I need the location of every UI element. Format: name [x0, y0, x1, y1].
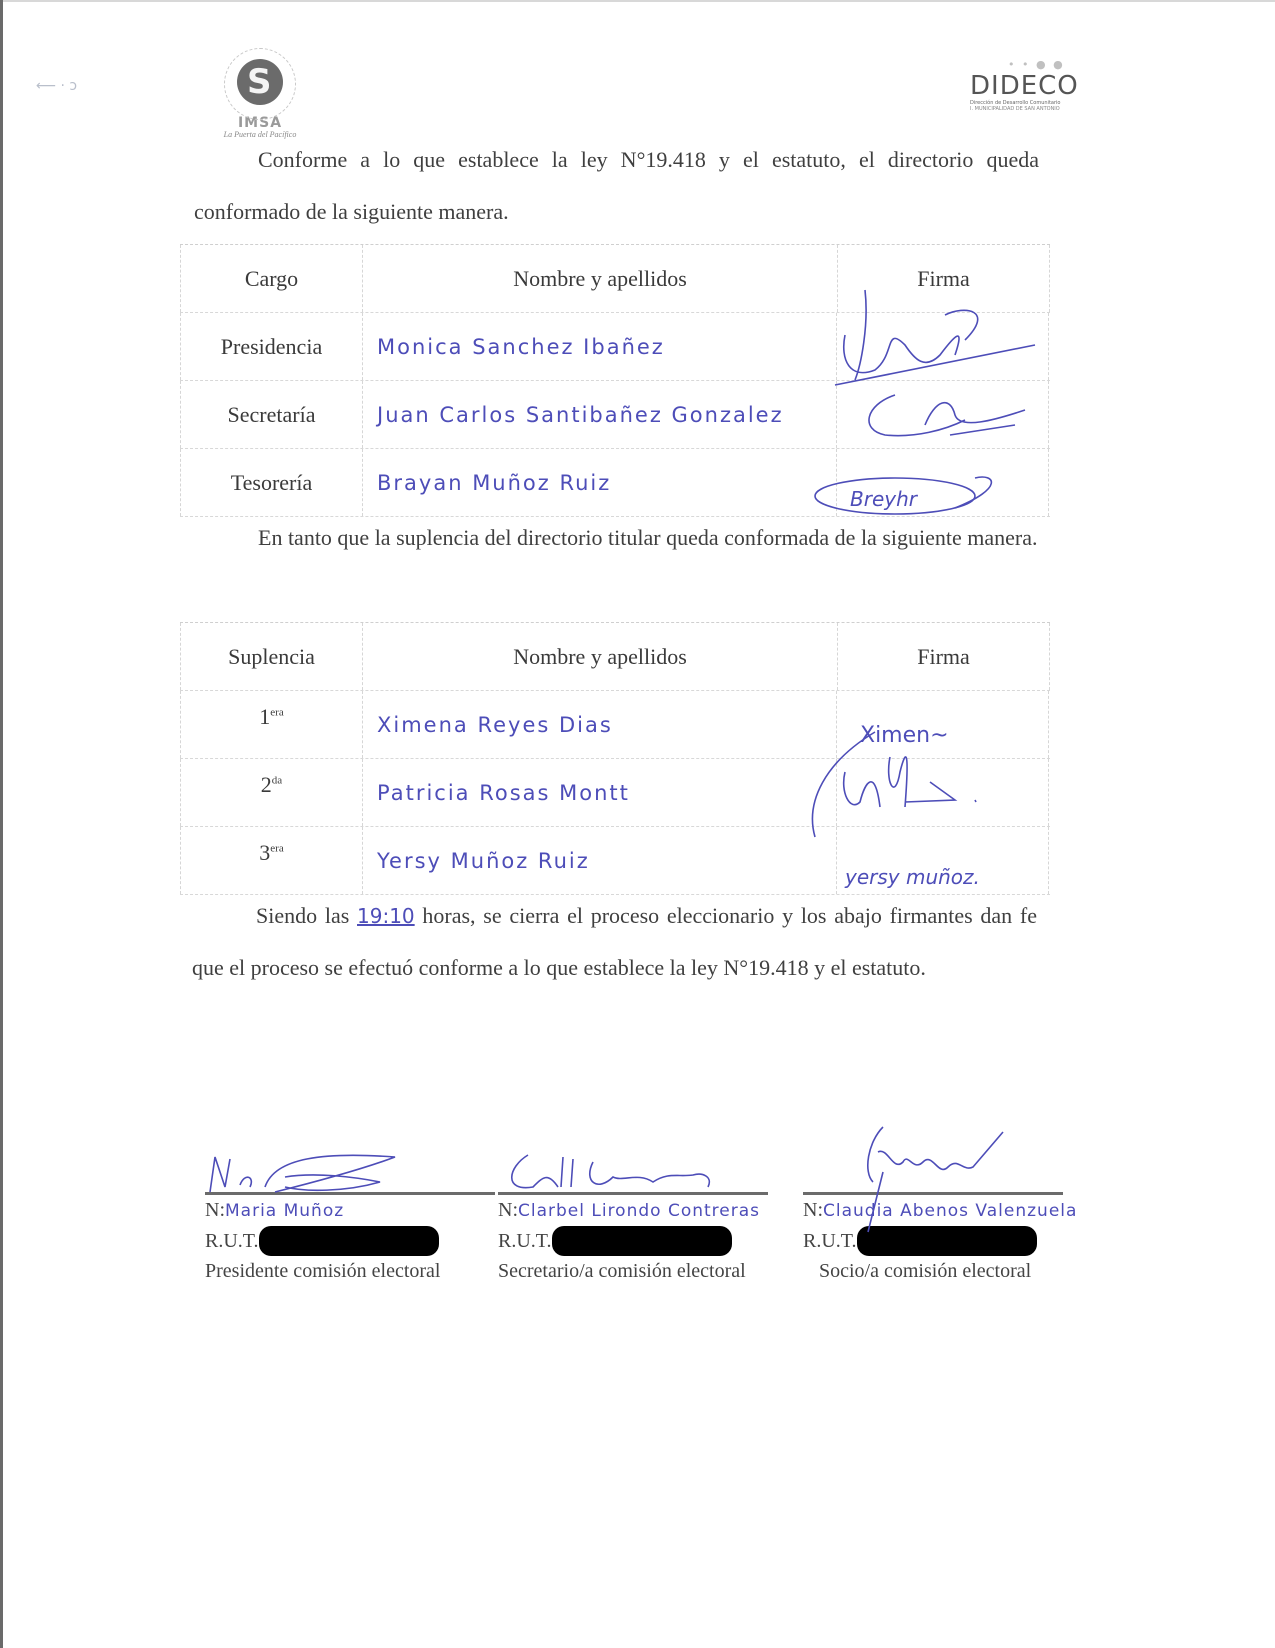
cargo-cell: Tesorería: [180, 449, 362, 516]
rut-field: R.U.T.: [498, 1226, 788, 1256]
svg-text:yersy muñoz.: yersy muñoz.: [844, 865, 980, 889]
dideco-logo-line2: I. MUNICIPALIDAD DE SAN ANTONIO: [970, 106, 1090, 112]
imsa-logo: S IMSA La Puerta del Pacífico: [205, 48, 315, 144]
name-label: N:: [803, 1199, 823, 1221]
cargo-cell: Secretaría: [180, 381, 362, 448]
name-label: N:: [498, 1199, 518, 1221]
signature-presidencia: [835, 285, 1035, 390]
dideco-logo-name: DIDECO: [970, 72, 1090, 100]
role-label: Presidente comisión electoral: [205, 1260, 495, 1283]
scan-artifact-mark: ⟵ · ͻ: [36, 78, 77, 94]
signatory-secretario: N:Clarbel Lirondo Contreras R.U.T. Secre…: [498, 1192, 788, 1283]
handwritten-name: Patricia Rosas Montt: [377, 781, 630, 805]
header-nombre: Nombre y apellidos: [362, 623, 837, 690]
signatory-socio: N:Claudia Abenos Valenzuela R.U.T. Socio…: [803, 1192, 1093, 1283]
header-nombre: Nombre y apellidos: [362, 245, 837, 312]
handwritten-name: Yersy Muñoz Ruiz: [377, 849, 590, 873]
ordinal-suffix: era: [270, 706, 283, 718]
svg-text:Ximen~: Ximen~: [860, 723, 949, 748]
svg-text:Breyhr: Breyhr: [850, 487, 919, 511]
ordinal-number: 2: [261, 772, 272, 797]
nombre-cell: Patricia Rosas Montt: [362, 759, 836, 826]
intro-paragraph-text: Conforme a lo que establece la ley N°19.…: [194, 147, 1039, 224]
handwritten-name: Ximena Reyes Dias: [377, 713, 613, 737]
dideco-dots-icon: • • ● ●: [1008, 58, 1090, 72]
nombre-cell: Brayan Muñoz Ruiz: [362, 449, 836, 516]
handwritten-name: Monica Sanchez Ibañez: [377, 335, 665, 359]
ordinal-cell: 1era: [180, 691, 362, 758]
header-firma: Firma: [837, 623, 1050, 690]
nombre-cell: Yersy Muñoz Ruiz: [362, 827, 836, 894]
suplencia-paragraph-text: En tanto que la suplencia del directorio…: [258, 525, 1037, 550]
ordinal-suffix: da: [272, 774, 282, 786]
rut-field: R.U.T.: [205, 1226, 495, 1256]
header-cargo: Cargo: [180, 245, 362, 312]
table-header-row: Suplencia Nombre y apellidos Firma: [180, 623, 1050, 691]
ordinal-cell: 3era: [180, 827, 362, 894]
name-field: N:Maria Muñoz: [205, 1199, 495, 1222]
handwritten-name: Clarbel Lirondo Contreras: [518, 1201, 760, 1221]
suplencia-paragraph: En tanto que la suplencia del directorio…: [194, 512, 1039, 564]
handwritten-name: Juan Carlos Santibañez Gonzalez: [377, 403, 784, 427]
name-label: N:: [205, 1199, 225, 1221]
role-label: Socio/a comisión electoral: [803, 1260, 1093, 1283]
rut-label: R.U.T.: [498, 1230, 552, 1253]
nombre-cell: Monica Sanchez Ibañez: [362, 313, 836, 380]
signatory-presidente: N:Maria Muñoz R.U.T. Presidente comisión…: [205, 1192, 495, 1283]
header-suplencia: Suplencia: [180, 623, 362, 690]
intro-paragraph: Conforme a lo que establece la ley N°19.…: [194, 134, 1039, 238]
rut-label: R.U.T.: [803, 1230, 857, 1253]
signature-presidente-comision: [205, 1147, 405, 1202]
signature-secretaria: [855, 390, 1045, 455]
ordinal-cell: 2da: [180, 759, 362, 826]
imsa-globe-emblem-icon: S: [224, 48, 296, 120]
closing-paragraph: Siendo las 19:10 horas, se cierra el pro…: [192, 890, 1037, 994]
ordinal-number: 1: [259, 704, 270, 729]
nombre-cell: Juan Carlos Santibañez Gonzalez: [362, 381, 836, 448]
dideco-logo: • • ● ● DIDECO Dirección de Desarrollo C…: [970, 58, 1090, 112]
signature-socio-comision: [863, 1122, 1063, 1237]
scan-edge-left: [0, 0, 3, 1648]
signature-secretario-comision: [503, 1147, 723, 1202]
cargo-cell: Presidencia: [180, 313, 362, 380]
ordinal-number: 3: [259, 840, 270, 865]
name-field: N:Clarbel Lirondo Contreras: [498, 1199, 788, 1222]
scan-edge-top: [0, 0, 1275, 2]
role-label: Secretario/a comisión electoral: [498, 1260, 788, 1283]
redacted-rut: [259, 1226, 439, 1256]
ordinal-suffix: era: [270, 842, 283, 854]
redacted-rut: [552, 1226, 732, 1256]
closing-prefix: Siendo las: [256, 903, 349, 928]
closing-time: 19:10: [357, 904, 415, 928]
signature-suplencia-1-2: Ximen~: [805, 712, 995, 867]
handwritten-name: Maria Muñoz: [225, 1201, 344, 1221]
nombre-cell: Ximena Reyes Dias: [362, 691, 836, 758]
rut-label: R.U.T.: [205, 1230, 259, 1253]
handwritten-name: Brayan Muñoz Ruiz: [377, 471, 611, 495]
